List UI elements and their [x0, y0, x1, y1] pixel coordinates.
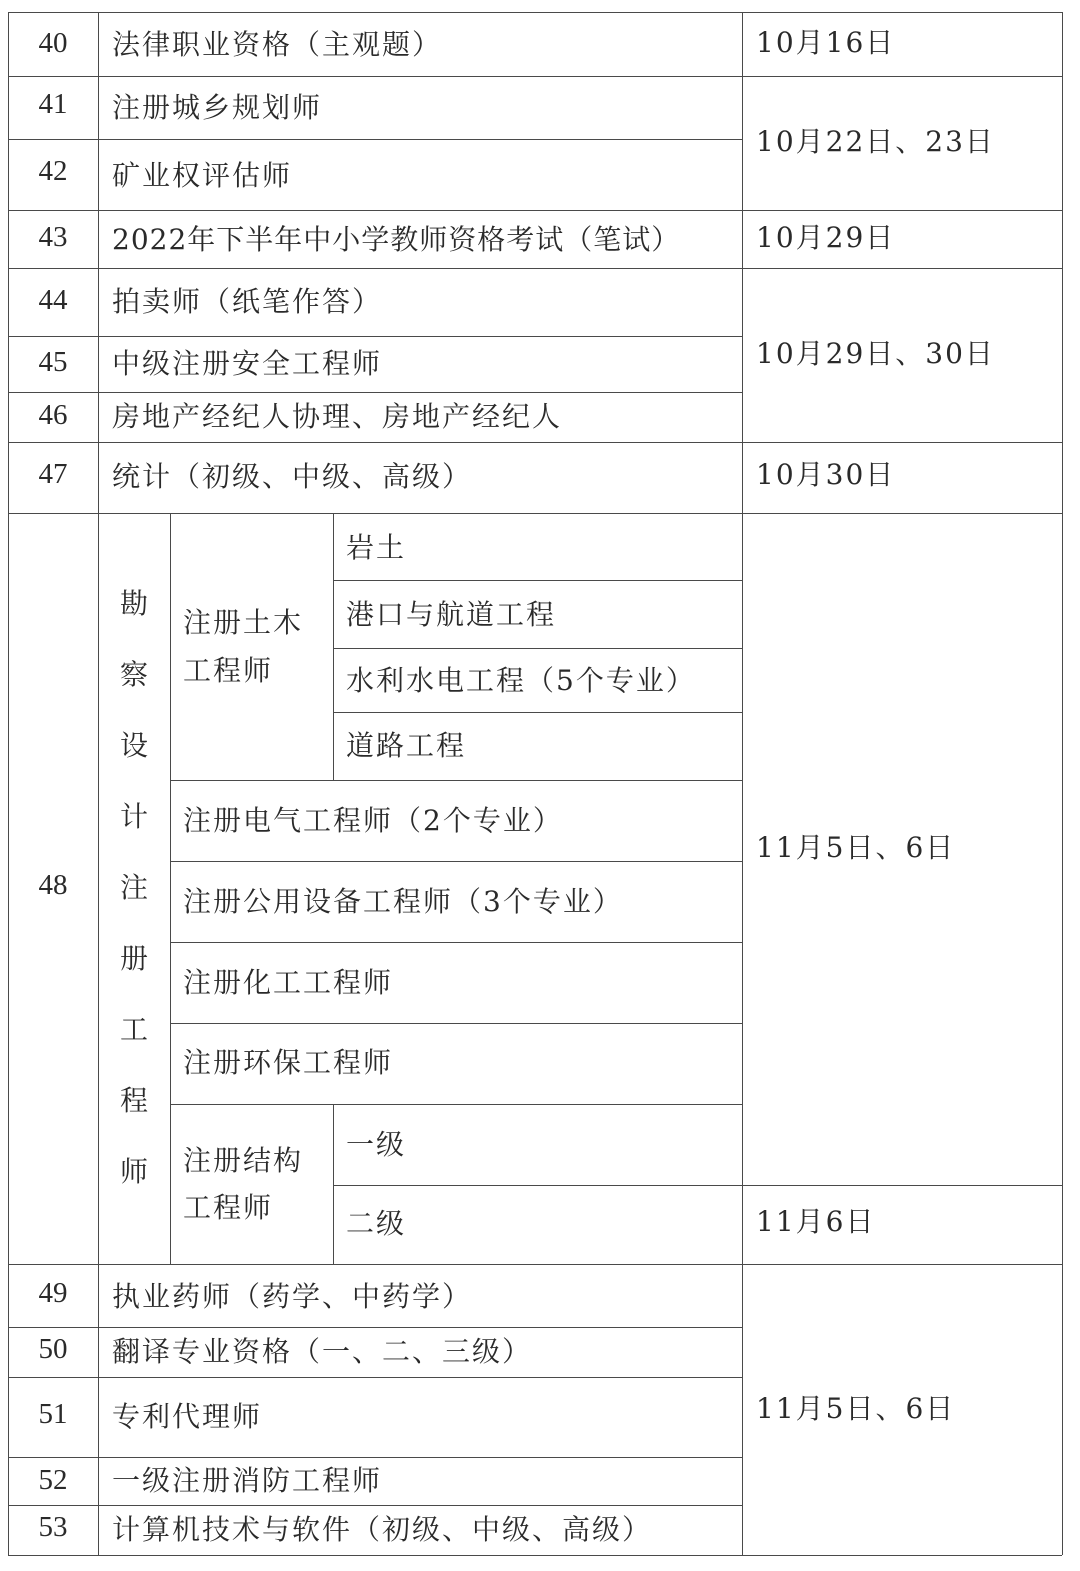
row-number: 49 [8, 1277, 98, 1309]
specialty: 岩土 [346, 532, 406, 564]
specialty: 一级 [346, 1129, 406, 1161]
exam-name: 矿业权评估师 [112, 160, 292, 192]
exam-date: 10月29日 [756, 222, 895, 254]
exam-name: 房地产经纪人协理、房地产经纪人 [112, 401, 562, 433]
specialty: 水利水电工程（5个专业） [346, 665, 696, 697]
specialty: 二级 [346, 1208, 406, 1240]
subgroup-label: 工程师 [183, 655, 273, 687]
row-line [98, 139, 742, 140]
exam-date: 10月29日、30日 [756, 338, 995, 370]
row-number: 45 [8, 346, 98, 378]
specialty: 道路工程 [346, 730, 466, 762]
row-line [8, 392, 742, 393]
specialty: 港口与航道工程 [346, 599, 556, 631]
exam-date: 10月30日 [756, 459, 895, 491]
row-line [8, 1505, 742, 1506]
group-label-vertical: 勘察设计注册工程师 [114, 568, 154, 1207]
table-border-right [1062, 12, 1063, 1555]
row-line [8, 76, 1062, 77]
row-line [333, 648, 742, 649]
row-number: 52 [8, 1464, 98, 1496]
divider-date-col [742, 12, 743, 1555]
exam-name: 专利代理师 [112, 1401, 262, 1433]
row-line [170, 942, 742, 943]
row-line [170, 1023, 742, 1024]
exam-name: 拍卖师（纸笔作答） [112, 286, 382, 318]
exam-name: 执业药师（药学、中药学） [112, 1281, 472, 1313]
row-number: 46 [8, 399, 98, 431]
subgroup-label: 注册结构 [183, 1145, 303, 1177]
row-line [170, 1104, 742, 1105]
subgroup-label: 注册环保工程师 [183, 1047, 393, 1079]
subgroup-label: 注册土木 [183, 607, 303, 639]
exam-name: 注册城乡规划师 [112, 92, 322, 124]
row-line [8, 1264, 1062, 1265]
row-line [333, 712, 742, 713]
divider-number-col [98, 12, 99, 1555]
row-number: 44 [8, 284, 98, 316]
row-number: 48 [8, 869, 98, 901]
row-line [8, 1377, 742, 1378]
exam-name: 计算机技术与软件（初级、中级、高级） [112, 1514, 652, 1546]
row-line [8, 336, 742, 337]
row-number: 43 [8, 221, 98, 253]
exam-date: 11月5日、6日 [756, 832, 955, 864]
row-line [170, 861, 742, 862]
exam-name: 一级注册消防工程师 [112, 1465, 382, 1497]
divider-structural-specs [333, 1104, 334, 1264]
row-line [8, 139, 98, 140]
exam-name: 翻译专业资格（一、二、三级） [112, 1336, 532, 1368]
table-border-top [8, 12, 1062, 13]
exam-date: 10月16日 [756, 27, 895, 59]
subgroup-label: 注册公用设备工程师（3个专业） [183, 886, 623, 918]
subgroup-label: 注册电气工程师（2个专业） [183, 805, 563, 837]
row-line [8, 513, 1062, 514]
row-number: 53 [8, 1511, 98, 1543]
row-number: 42 [8, 155, 98, 187]
exam-name: 统计（初级、中级、高级） [112, 461, 472, 493]
exam-name: 法律职业资格（主观题） [112, 29, 442, 61]
exam-date: 11月5日、6日 [756, 1393, 955, 1425]
row-number: 41 [8, 88, 98, 120]
row-line [8, 1457, 742, 1458]
divider-group-col [170, 513, 171, 1264]
row-line [170, 780, 742, 781]
row-line [8, 210, 1062, 211]
divider-civil-specs [333, 513, 334, 780]
exam-date: 10月22日、23日 [756, 126, 995, 158]
row-line [8, 442, 1062, 443]
table-border-bottom [8, 1555, 1062, 1556]
row-line [8, 1327, 742, 1328]
exam-name: 中级注册安全工程师 [112, 348, 382, 380]
row-number: 40 [8, 27, 98, 59]
row-line [333, 580, 742, 581]
subgroup-label: 注册化工工程师 [183, 967, 393, 999]
exam-date: 11月6日 [756, 1206, 875, 1238]
row-line [333, 1185, 1062, 1186]
row-number: 50 [8, 1333, 98, 1365]
row-number: 47 [8, 458, 98, 490]
subgroup-label: 工程师 [183, 1192, 273, 1224]
exam-name: 2022年下半年中小学教师资格考试（笔试） [112, 224, 680, 256]
row-line [8, 268, 1062, 269]
row-number: 51 [8, 1398, 98, 1430]
